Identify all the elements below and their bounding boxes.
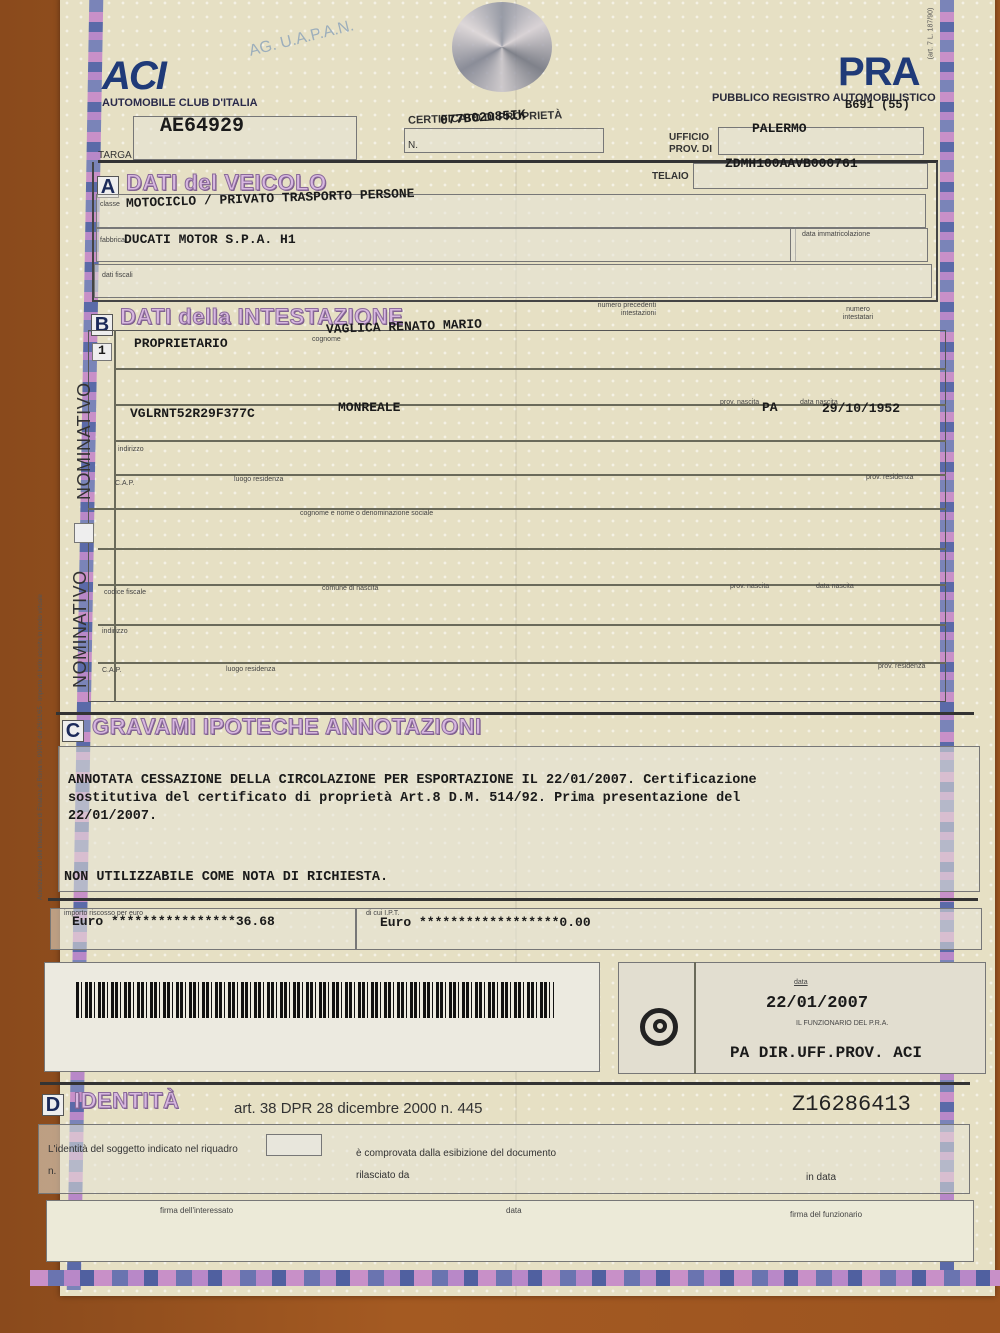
pra-logo: PRA xyxy=(838,50,919,95)
section-d-letter: D xyxy=(42,1094,64,1116)
in-data-label: in data xyxy=(806,1172,836,1183)
serial-number: Z16286413 xyxy=(792,1092,911,1117)
owner-1-data-nascita: 29/10/1952 xyxy=(822,401,900,416)
owner-1-index: 1 xyxy=(98,343,106,358)
owner-2-index-box xyxy=(74,523,94,543)
fabbrica-label: fabbrica xyxy=(100,237,125,244)
section-b-frame xyxy=(88,330,946,702)
firma-data-label: data xyxy=(506,1206,522,1215)
owner-2-comune-label: comune di nascita xyxy=(322,585,378,592)
nominativo-label-1: NOMINATIVO xyxy=(74,382,95,500)
pra-office-code: B691 (55) xyxy=(845,98,910,112)
telaio-label: TELAIO xyxy=(652,171,689,182)
section-c-title: GRAVAMI IPOTECHE ANNOTAZIONI xyxy=(92,714,482,740)
validation-date: 22/01/2007 xyxy=(766,994,868,1013)
form-reference: (art. 7 L. 187/90) xyxy=(927,8,934,60)
payment-divider xyxy=(48,898,978,901)
row-divider xyxy=(114,368,946,370)
row-divider xyxy=(98,548,946,550)
data-immatricolazione-label: data immatricolazione xyxy=(802,231,870,238)
aci-name: AUTOMOBILE CLUB D'ITALIA xyxy=(102,97,258,109)
dati-fiscali-label: dati fiscali xyxy=(102,272,133,279)
owner-2-data-nascita-label: data nascita xyxy=(816,583,854,590)
annotation-line-2: sostitutiva del certificato di proprietà… xyxy=(68,791,740,806)
identity-text: L'identità del soggetto indicato nel riq… xyxy=(48,1144,238,1155)
owner-1-cap-label: C.A.P. xyxy=(115,480,134,487)
owner-1-prov-residenza-label: prov. residenza xyxy=(866,474,913,481)
section-c-letter: C xyxy=(62,720,84,742)
annotation-line-3: 22/01/2007. xyxy=(68,809,157,824)
numero-intestatari-label: numero intestatari xyxy=(836,306,880,322)
annotation-warning: NON UTILIZZABILE COME NOTA DI RICHIESTA. xyxy=(64,870,388,885)
importo-value: Euro ****************36.68 xyxy=(72,914,275,929)
section-d-subtitle: art. 38 DPR 28 dicembre 2000 n. 445 xyxy=(234,1100,482,1117)
nominativo-label-2: NOMINATIVO xyxy=(70,570,91,688)
funzionario-label: IL FUNZIONARIO DEL P.R.A. xyxy=(796,1020,888,1027)
row-divider xyxy=(114,440,946,442)
validation-data-label: data xyxy=(794,979,808,986)
classe-label: classe xyxy=(100,201,120,208)
owner-1-prov-nascita: PA xyxy=(762,400,778,415)
owner-2-indirizzo-label: indirizzo xyxy=(102,628,128,635)
owner-2-prov-residenza-label: prov. residenza xyxy=(878,663,925,670)
pra-seal-icon xyxy=(640,1008,678,1046)
owner-2-cognome-label: cognome e nome o denominazione sociale xyxy=(300,510,433,517)
bottom-guilloche-border xyxy=(30,1270,1000,1286)
owner-2-cap-label: C.A.P. xyxy=(102,667,121,674)
firma-interessato-label: firma dell'interessato xyxy=(160,1206,233,1215)
validation-divider xyxy=(694,962,696,1074)
owner-1-cognome-label: cognome xyxy=(312,336,341,343)
telaio-value: ZDMH100AAVB000761 xyxy=(725,156,858,171)
owner-2-prov-nascita-label: prov. nascita xyxy=(730,583,769,590)
ipt-value: Euro ******************0.00 xyxy=(380,915,591,930)
dati-fiscali-field xyxy=(94,264,932,298)
owner-1-codice-fiscale: VGLRNT52R29F377C xyxy=(130,406,255,421)
identity-box xyxy=(38,1124,970,1194)
owner-1-luogo-residenza-label: luogo residenza xyxy=(234,476,283,483)
targa-value: AE64929 xyxy=(160,115,244,138)
annotations-text: ANNOTATA CESSAZIONE DELLA CIRCOLAZIONE P… xyxy=(68,772,757,826)
precedenti-intestazioni-label: numero precedenti intestazioni xyxy=(566,302,656,318)
tax-authorization-note: Autorizzazione dell'Intendenza di Finanz… xyxy=(38,594,44,900)
owner-1-role: PROPRIETARIO xyxy=(134,336,228,351)
ufficio-value: PALERMO xyxy=(752,121,807,136)
rilasciato-label: rilasciato da xyxy=(356,1170,409,1181)
owner-1-prov-nascita-label: prov. nascita xyxy=(720,399,759,406)
certificato-n-label: N. xyxy=(408,140,418,151)
owner-1-indirizzo-label: indirizzo xyxy=(118,446,144,453)
section-d-divider xyxy=(40,1082,970,1085)
owner-2-luogo-residenza-label: luogo residenza xyxy=(226,666,275,673)
ufficio-field xyxy=(718,127,924,155)
firma-funzionario-label: firma del funzionario xyxy=(790,1210,862,1219)
barcode-icon xyxy=(76,982,554,1018)
owner-2-codice-fiscale-label: codice fiscale xyxy=(104,589,146,596)
aci-logo: ACI xyxy=(102,54,165,99)
section-d-title: IDENTITÀ xyxy=(74,1088,179,1114)
row-divider xyxy=(98,662,946,664)
comprovata-text: è comprovata dalla esibizione del docume… xyxy=(356,1148,556,1159)
validation-office: PA DIR.UFF.PROV. ACI xyxy=(730,1044,922,1062)
section-b-divider xyxy=(114,330,116,702)
owner-divider xyxy=(88,508,946,510)
hologram-seal-icon xyxy=(452,2,552,92)
ufficio-label: UFFICIO PROV. DI xyxy=(669,132,715,156)
riquadro-field xyxy=(266,1134,322,1156)
owner-1-comune: MONREALE xyxy=(338,400,400,415)
n-label: n. xyxy=(48,1166,56,1177)
certificato-number-field xyxy=(404,128,604,153)
fabbrica-value: DUCATI MOTOR S.P.A. H1 xyxy=(124,232,296,247)
row-divider xyxy=(98,624,946,626)
annotation-line-1: ANNOTATA CESSAZIONE DELLA CIRCOLAZIONE P… xyxy=(68,773,757,788)
